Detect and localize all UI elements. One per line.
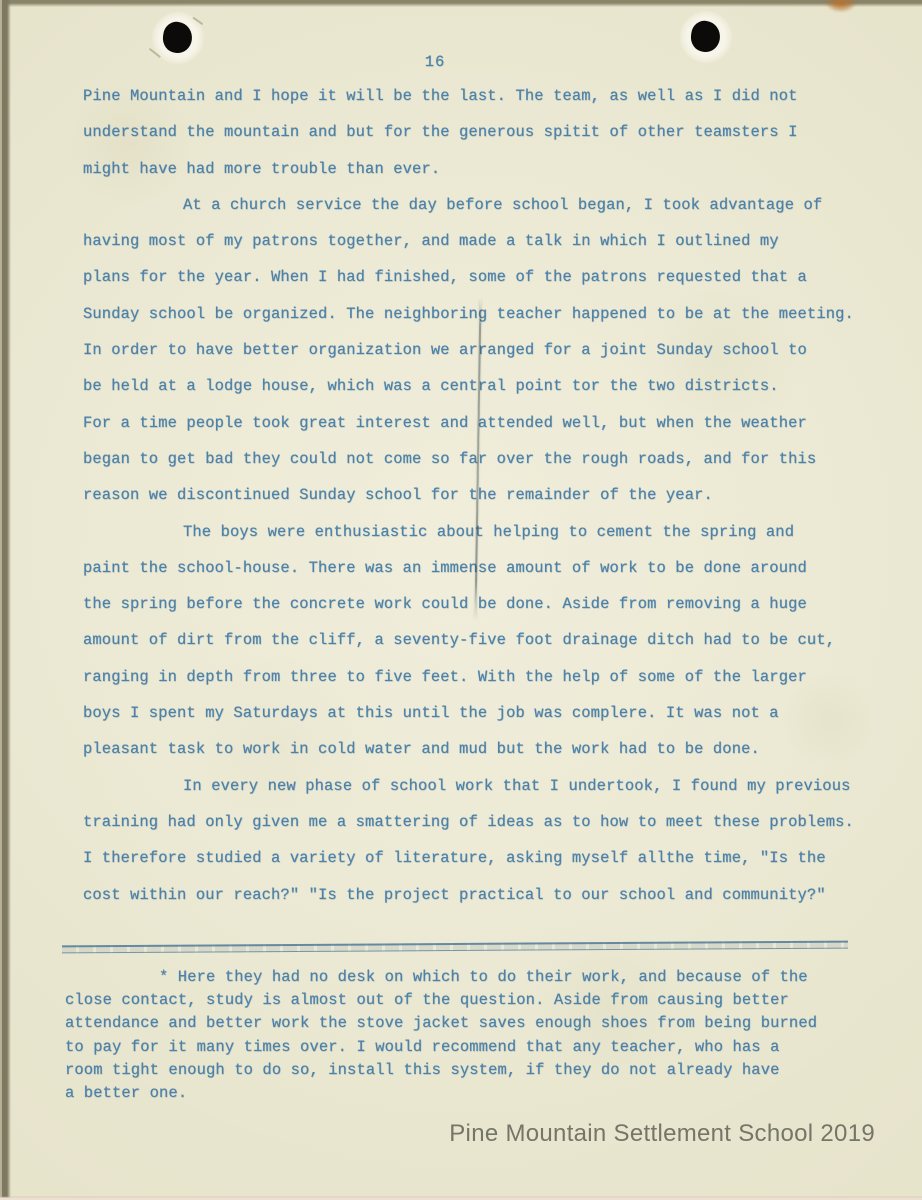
paragraph-continuation: Pine Mountain and I hope it will be the … xyxy=(83,78,873,187)
body-text: Pine Mountain and I hope it will be the … xyxy=(83,78,873,913)
paragraph-church-service: At a church service the day before schoo… xyxy=(83,187,873,514)
paragraph-spring-work: The boys were enthusiastic about helping… xyxy=(83,514,873,768)
page-number: 16 xyxy=(410,53,460,71)
footnote-separator-rule xyxy=(62,941,848,954)
scanned-document-page: 16 Pine Mountain and I hope it will be t… xyxy=(0,0,922,1200)
footnote-text: * Here they had no desk on which to do t… xyxy=(65,966,865,1105)
hole-punch-right xyxy=(680,11,732,63)
archive-watermark: Pine Mountain Settlement School 2019 xyxy=(449,1120,875,1148)
rust-stain xyxy=(826,0,856,12)
hole-punch-left xyxy=(152,12,204,64)
scan-edge-top xyxy=(0,0,922,7)
paragraph-new-phase: In every new phase of school work that I… xyxy=(83,768,873,913)
scan-edge-left xyxy=(0,0,11,1200)
scan-edge-bottom xyxy=(0,1196,922,1200)
